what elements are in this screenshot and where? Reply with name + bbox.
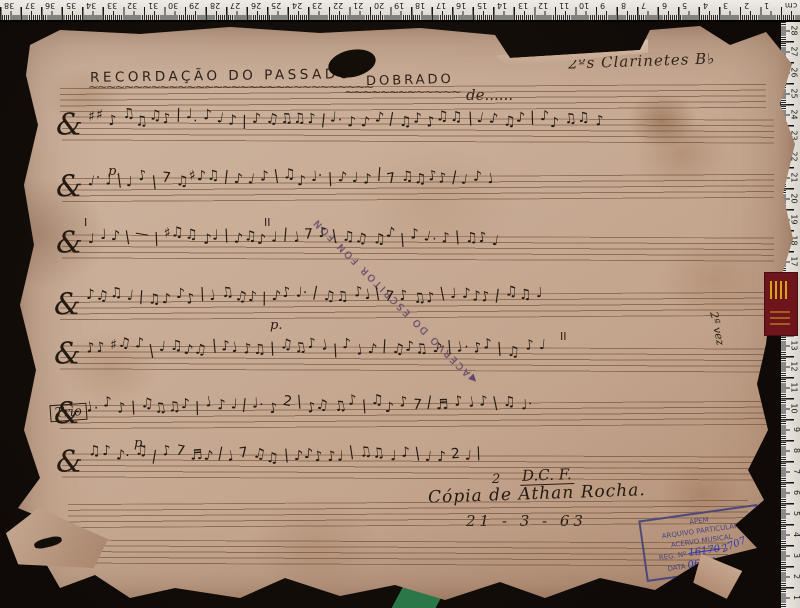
handwritten-annotation: p.	[134, 436, 146, 451]
music-staff: &♪♫♫ ♩ | ♫♪ ♪♪ | ♩ ♫♫♪ | ♪♪ ♩· | ♫♫ ♪♩ |…	[60, 292, 774, 320]
ruler-number: 26	[251, 1, 261, 10]
handwritten-notes: ♩ ♩ ♪ | — | ♯♫♫ ♪♩ | ♪♫♪ ♩ | ♩ 7 ♪ | ♫♫ …	[88, 228, 500, 246]
handwritten-notes: ♩· ♩ | ♩ ♪ | 7 ♫♯♪♫ | ♪ ♩ ♪ | ♫♪ ♩· | ♪ …	[88, 169, 495, 187]
ruler-number: 25	[271, 1, 281, 10]
ruler-number: 35	[66, 1, 76, 10]
music-staff: &♩· ♩ | ♩ ♪ | 7 ♫♯♪♫ | ♪ ♩ ♪ | ♫♪ ♩· | ♪…	[62, 174, 774, 202]
ruler-number: 23	[312, 1, 322, 10]
photo-scene: 2827262524232221201918171615141312111098…	[0, 0, 800, 608]
ruler-number: 12	[789, 361, 798, 371]
handwritten-annotation: ~~~~~~~~~~~~~~~~~~~~~~~~~~~~~~~~	[88, 80, 373, 95]
ruler-number: 17	[789, 256, 798, 266]
music-staff	[68, 500, 748, 528]
handwritten-notes: ♪♫♫ ♩ | ♫♪ ♪♪ | ♩ ♫♫♪ | ♪♪ ♩· | ♫♫ ♪♩ | …	[86, 286, 544, 305]
ruler-number: 24	[789, 109, 798, 119]
ruler-number: 29	[189, 1, 199, 10]
ruler-number: 1	[764, 1, 769, 10]
ruler-number: 13	[789, 340, 798, 350]
ruler-number: 1	[792, 595, 800, 600]
torn-paper-flap	[692, 554, 746, 601]
ruler-number: cm	[785, 1, 797, 10]
ruler-number: 11	[789, 382, 798, 392]
flap-slit	[33, 535, 62, 551]
ruler-number: 37	[25, 1, 35, 10]
ruler-number: 20	[789, 193, 798, 203]
music-staff: &♪♪ ♯♫ ♪ | ♩ ♫♪♫ | ♪♩ ♪♫ | ♫♫♪ ♩ | ♪ ♩ ♪…	[60, 345, 776, 372]
ruler-number: 2	[792, 574, 800, 579]
ruler-number: 9	[792, 427, 800, 432]
ruler-number: 5	[682, 1, 687, 10]
handwritten-notes: ♪♪ ♯♫ ♪ | ♩ ♫♪♫ | ♪♩ ♪♫ | ♫♫♪ ♩ | ♪ ♩ ♪ …	[86, 339, 546, 357]
treble-clef-icon: &	[56, 169, 83, 204]
ruler-number: 16	[456, 1, 466, 10]
ruler-number: 26	[789, 67, 798, 77]
handwritten-annotation: II	[560, 330, 567, 343]
music-staff	[68, 540, 728, 567]
handwritten-notes: ♯♯ ♪ ♫♫♫♪ | ♩· ♪ ♩ ♪ | ♪ ♫♫♫♪ | ♩· ♪ ♪ ♪…	[88, 110, 605, 128]
ruler-number: 11	[559, 1, 569, 10]
handwritten-notes: ♩· ♪ ♪ | ♫♫♫♪ | ♩ ♪ ♩ | ♩· ♪ 2 | ♪♫ ♫♪ |…	[86, 395, 534, 414]
ruler-number: 19	[789, 214, 798, 224]
ruler-number: 5	[792, 511, 800, 516]
ruler-number: 34	[86, 1, 96, 10]
ruler-number: 7	[792, 469, 800, 474]
ruler-number: 13	[518, 1, 528, 10]
handwritten-annotation: p.	[270, 318, 282, 333]
ruler-number: 24	[292, 1, 302, 10]
handwritten-annotation: D.C. F.	[520, 465, 574, 486]
ruler-number: 3	[792, 553, 800, 558]
ruler-number: 9	[600, 1, 605, 10]
ruler-number: 28	[789, 25, 798, 35]
ruler-number: 25	[789, 88, 798, 98]
ruler-number: 6	[792, 490, 800, 495]
ruler-number: 21	[789, 172, 798, 182]
ruler-number: 30	[168, 1, 178, 10]
ruler-number: 27	[230, 1, 240, 10]
ruler-number: 33	[107, 1, 117, 10]
music-staff: &♫♪ ♪· ♫ | ♪ 7 ♬♪ | ♩ 7 ♫♫ | ♪♪♪ ♪♩ | ♫♫…	[62, 453, 762, 480]
ruler-number: 36	[45, 1, 55, 10]
ruler-number: 15	[477, 1, 487, 10]
ruler-number: 28	[210, 1, 220, 10]
horizontal-cm-ruler: 3837363534333231302928272625242322212019…	[0, 0, 800, 22]
ruler-number: 21	[353, 1, 363, 10]
handwritten-annotation: ~~~~~~~~~~~~~	[344, 85, 460, 100]
handwritten-annotation: Trio	[49, 403, 87, 423]
ruler-number: 20	[374, 1, 384, 10]
treble-clef-icon: &	[54, 336, 81, 371]
treble-clef-icon: &	[56, 225, 83, 260]
ruler-number: 38	[4, 1, 14, 10]
ruler-number: 27	[789, 46, 798, 56]
music-staff: &♩· ♪ ♪ | ♫♫♫♪ | ♩ ♪ ♩ | ♩· ♪ 2 | ♪♫ ♫♪ …	[60, 401, 776, 429]
handwritten-annotation: I	[84, 216, 87, 229]
date-year: 88	[729, 552, 743, 565]
ruler-number: 32	[127, 1, 137, 10]
treble-clef-icon: &	[56, 444, 83, 479]
ruler-number: 4	[703, 1, 708, 10]
music-staff: &♯♯ ♪ ♫♫♫♪ | ♩· ♪ ♩ ♪ | ♪ ♫♫♫♪ | ♩· ♪ ♪ …	[62, 116, 774, 143]
color-reference-card	[764, 272, 798, 336]
ruler-number: 3	[723, 1, 728, 10]
ruler-number: 8	[792, 448, 800, 453]
ruler-number: 2	[744, 1, 749, 10]
ruler-number: 10	[789, 403, 798, 413]
card-yellow-marks	[770, 281, 790, 325]
ruler-number: 6	[662, 1, 667, 10]
treble-clef-icon: &	[54, 287, 81, 322]
handwritten-notes: ♫♪ ♪· ♫ | ♪ 7 ♬♪ | ♩ 7 ♫♫ | ♪♪♪ ♪♩ | ♫♫ …	[88, 447, 482, 465]
handwritten-annotation: p.	[108, 164, 120, 179]
treble-clef-icon: &	[56, 107, 83, 142]
ruler-number: 10	[579, 1, 589, 10]
ruler-number: 4	[792, 532, 800, 537]
ruler-number: 18	[415, 1, 425, 10]
ruler-number: 8	[621, 1, 626, 10]
ruler-number: 12	[538, 1, 548, 10]
handwritten-annotation: II	[264, 216, 271, 229]
music-staff: &♩ ♩ ♪ | — | ♯♫♫ ♪♩ | ♪♫♪ ♩ | ♩ 7 ♪ | ♫♫…	[62, 234, 774, 261]
ruler-number: 7	[641, 1, 646, 10]
handwritten-annotation: 2	[492, 472, 500, 487]
ruler-number: 17	[436, 1, 446, 10]
manuscript-sheet: RECORDAÇÃO DO PASSADO DOBRADO de...... 2…	[14, 24, 796, 604]
ruler-number: 22	[333, 1, 343, 10]
ruler-number: 19	[394, 1, 404, 10]
ruler-number: 31	[148, 1, 158, 10]
ruler-number: 14	[497, 1, 507, 10]
